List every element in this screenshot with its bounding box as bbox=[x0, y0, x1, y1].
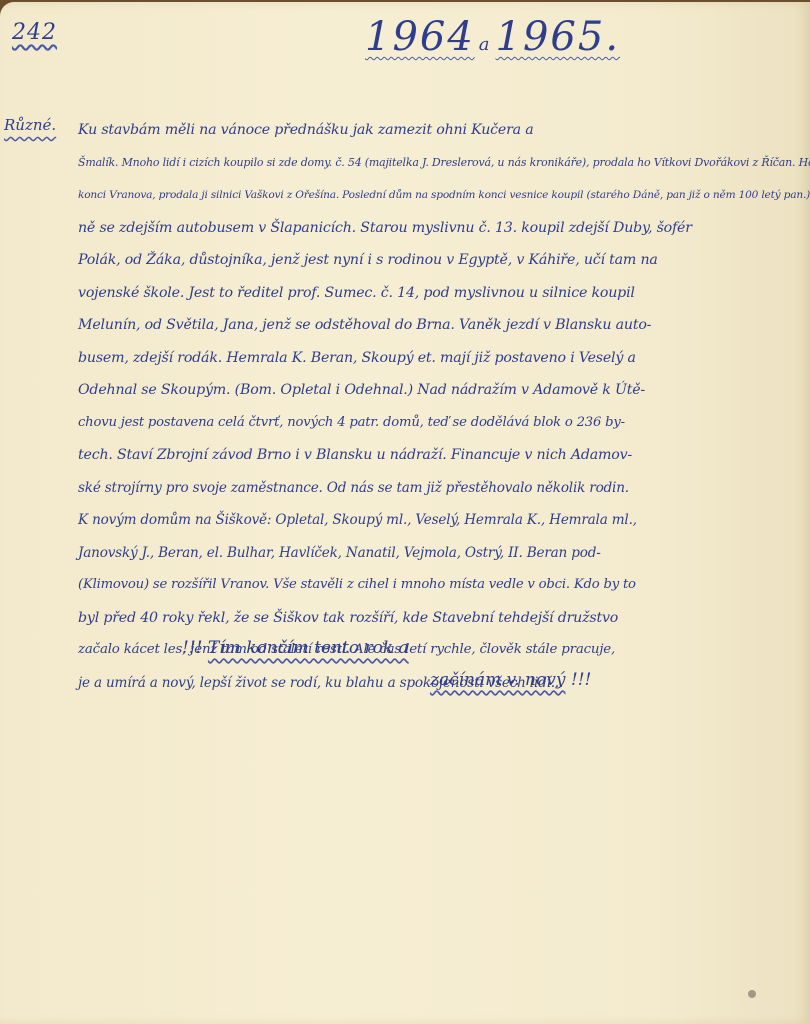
ink-stain bbox=[748, 990, 756, 998]
text-line: Ku stavbám měli na vánoce přednášku jak … bbox=[78, 114, 793, 147]
text-line: Odehnal se Skoupým. (Bom. Opletal i Odeh… bbox=[78, 374, 793, 407]
text-line: busem, zdejší rodák. Hemrala K. Beran, S… bbox=[78, 342, 793, 375]
text-line: tech. Staví Zbrojní závod Brno i v Blans… bbox=[78, 439, 793, 472]
text-line: Janovský J., Beran, el. Bulhar, Havlíček… bbox=[78, 537, 793, 570]
closing-line-1: !!! Tím končím tento rok a bbox=[182, 638, 409, 658]
page-number: 242 bbox=[12, 20, 57, 45]
text-line: vojenské škole. Jest to ředitel prof. Su… bbox=[78, 277, 793, 310]
margin-note: Různé. bbox=[4, 116, 56, 134]
text-line: Melunín, od Světila, Jana, jenž se odstě… bbox=[78, 309, 793, 342]
title-year-end: 1965. bbox=[496, 14, 621, 60]
closing-text-2: začínám v. nový bbox=[430, 670, 565, 690]
page-title: 1964a1965. bbox=[365, 14, 620, 60]
closing-line-2: začínám v. nový !!! bbox=[430, 670, 591, 690]
closing-text-1: Tím končím tento rok a bbox=[208, 638, 409, 658]
title-year-start: 1964 bbox=[365, 14, 475, 60]
exclamation-prefix: !!! bbox=[182, 638, 203, 658]
text-line: (Klimovou) se rozšířil Vranov. Vše stavě… bbox=[78, 569, 793, 602]
text-line: Polák, od Žáka, důstojníka, jenž jest ny… bbox=[78, 244, 793, 277]
text-line: byl před 40 roky řekl, že se Šiškov tak … bbox=[78, 602, 793, 635]
text-line: ské strojírny pro svoje zaměstnance. Od … bbox=[78, 472, 793, 505]
notebook-page: 242 1964a1965. Různé. Ku stavbám měli na… bbox=[0, 2, 810, 1024]
text-line: ně se zdejším autobusem v Šlapanicích. S… bbox=[78, 212, 793, 245]
text-line: chovu jest postavena celá čtvrť, nových … bbox=[78, 407, 793, 440]
exclamation-suffix: !!! bbox=[571, 670, 592, 690]
text-line: konci Vranova, prodala ji silnici Vaškov… bbox=[78, 179, 793, 212]
chronicle-body: Ku stavbám měli na vánoce přednášku jak … bbox=[78, 114, 793, 699]
text-line: Šmalík. Mnoho lidí i cizích koupilo si z… bbox=[78, 147, 793, 180]
title-conjunction: a bbox=[479, 34, 492, 55]
text-line: K novým domům na Šiškově: Opletal, Skoup… bbox=[78, 504, 793, 537]
